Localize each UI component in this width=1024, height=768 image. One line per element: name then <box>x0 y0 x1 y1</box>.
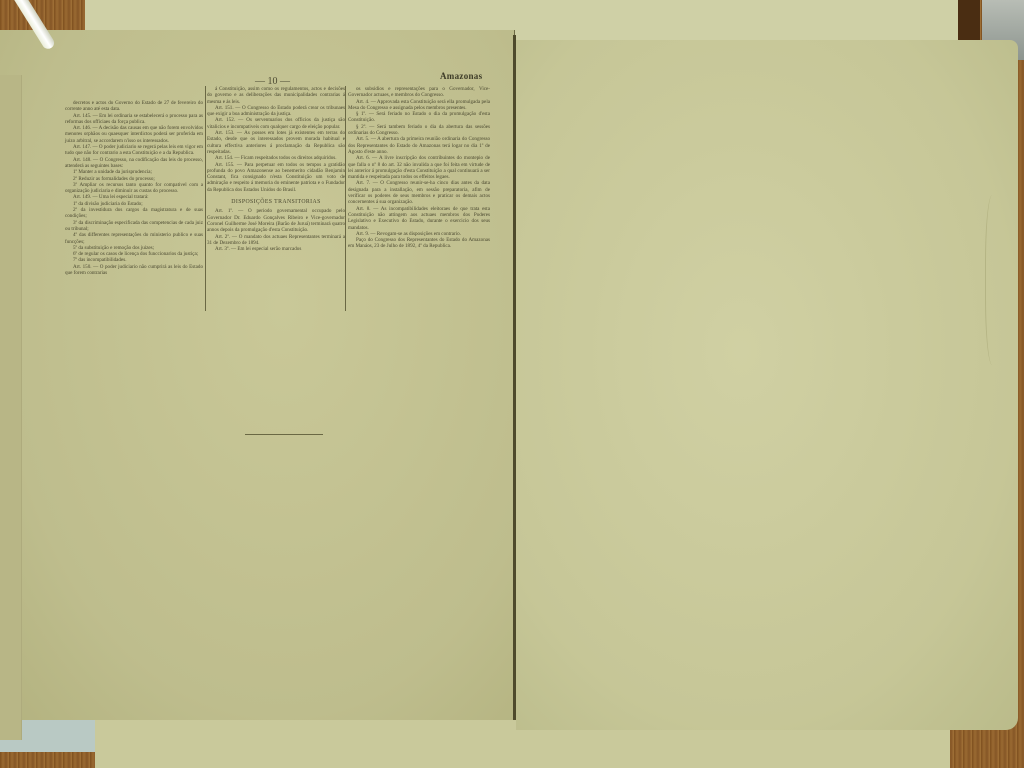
paragraph: Art. 5. — A abertura da primeira reunião… <box>348 136 490 155</box>
page-fold-edge <box>0 75 22 740</box>
paragraph: § 2º. — Será tambem feriado o dia da abe… <box>348 124 490 137</box>
running-head: Amazonas <box>440 71 482 81</box>
paragraph: Paço do Congresso dos Representantes do … <box>348 237 490 250</box>
paragraph: Art. 2º. — O mandato dos actuaes Represe… <box>207 234 345 247</box>
paragraph: 2º da investidura dos cargos da magistra… <box>65 207 203 220</box>
paragraph: Art. 6. — A livre inscripção dos contrib… <box>348 155 490 180</box>
paragraph: Art. 152. — Os serventuarios dos officio… <box>207 117 345 130</box>
paragraph: Art. 151. — O Congresso do Estado poderá… <box>207 105 345 118</box>
book-gutter <box>513 35 516 720</box>
closing-rule <box>245 434 323 435</box>
column-divider <box>345 86 346 311</box>
text-column-2: á Constituição, assim como os regulament… <box>207 86 345 252</box>
paragraph: os subsidios e representações para o Gov… <box>348 86 490 99</box>
paragraph: Art. 1º. — O periodo governamental occup… <box>207 208 345 233</box>
paragraph: Art. 153. — As posses em lotes já existe… <box>207 130 345 155</box>
column-divider <box>205 86 206 311</box>
paper-stain <box>985 195 1003 365</box>
paragraph: Art. 147. — O poder judiciario se regerá… <box>65 144 203 157</box>
paragraph: Art. 150. — O poder judiciario não cumpr… <box>65 264 203 277</box>
paragraph: á Constituição, assim como os regulament… <box>207 86 345 105</box>
paragraph: decretos e actos do Governo do Estado de… <box>65 100 203 113</box>
right-page-blank <box>516 40 1018 730</box>
paragraph: Art. 7. — O Congresso reunir-se-ha cinco… <box>348 180 490 205</box>
paragraph: Art. 145. — Em lei ordinaria se estabele… <box>65 113 203 126</box>
paragraph: Art. 148. — O Congresso, na codificação … <box>65 157 203 170</box>
text-column-1: decretos e actos do Governo do Estado de… <box>65 100 203 276</box>
paragraph: Art. 3º. — Em lei especial serão marcado… <box>207 246 345 252</box>
paragraph: Art. 154. — Ficam respeitados todos os d… <box>207 155 345 161</box>
paragraph: 4º das differentes representações do min… <box>65 232 203 245</box>
paragraph: Art. 4. — Approvada esta Constituição se… <box>348 99 490 112</box>
paragraph: 3º da discriminação especificada das com… <box>65 220 203 233</box>
paragraph: Art. 8. — As incompatibilidades eleitora… <box>348 206 490 231</box>
section-heading: DISPOSIÇÕES TRANSITORIAS <box>207 199 345 205</box>
paragraph: Art. 155. — Para perpetuar em todos os t… <box>207 162 345 193</box>
paragraph: § 1º. — Será feriado no Estado o dia da … <box>348 111 490 124</box>
text-column-3: os subsidios e representações para o Gov… <box>348 86 490 250</box>
paragraph: Art. 146. — A decisão das causas em que … <box>65 125 203 144</box>
paragraph: 3º Ampliar os recursos tanto quanto for … <box>65 182 203 195</box>
